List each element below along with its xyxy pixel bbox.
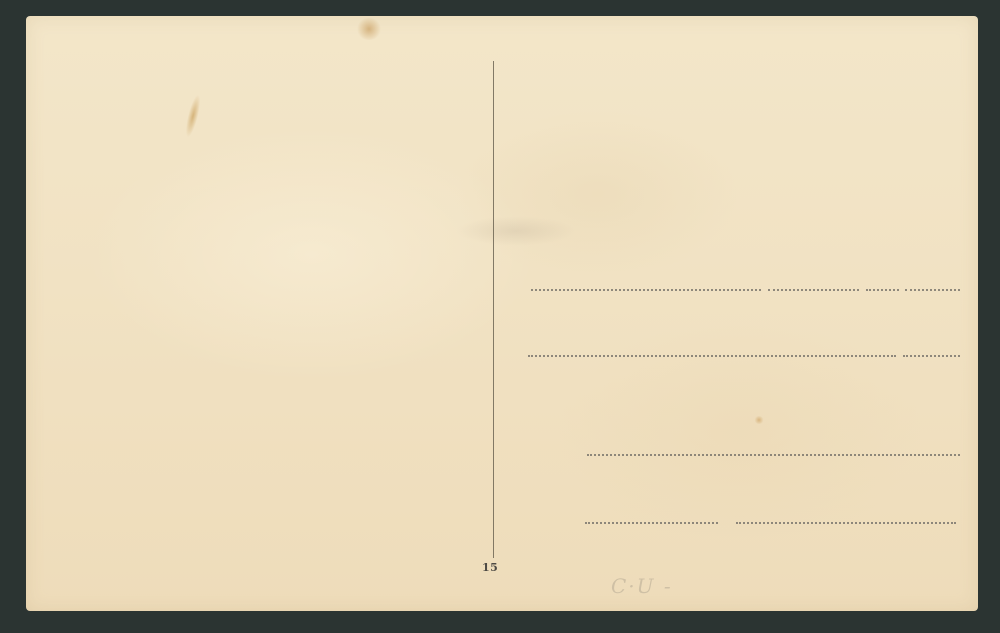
postcard-back: 15 C·U - bbox=[26, 16, 978, 611]
address-line-4 bbox=[736, 522, 956, 524]
paper-stain bbox=[183, 93, 203, 138]
paper-stain bbox=[356, 18, 382, 40]
paper-stain bbox=[456, 216, 576, 246]
address-line-2 bbox=[528, 355, 896, 357]
scan-background: 15 C·U - bbox=[0, 0, 1000, 633]
address-line-1 bbox=[768, 289, 859, 291]
center-divider-line bbox=[493, 61, 494, 558]
address-line-1 bbox=[531, 289, 761, 291]
address-line-4 bbox=[585, 522, 718, 524]
address-line-3 bbox=[587, 454, 960, 456]
address-line-1 bbox=[905, 289, 960, 291]
paper-stain bbox=[754, 416, 764, 424]
pencil-notation: C·U - bbox=[611, 574, 673, 598]
plate-number: 15 bbox=[482, 561, 498, 574]
address-line-2 bbox=[903, 355, 960, 357]
address-line-1 bbox=[866, 289, 899, 291]
